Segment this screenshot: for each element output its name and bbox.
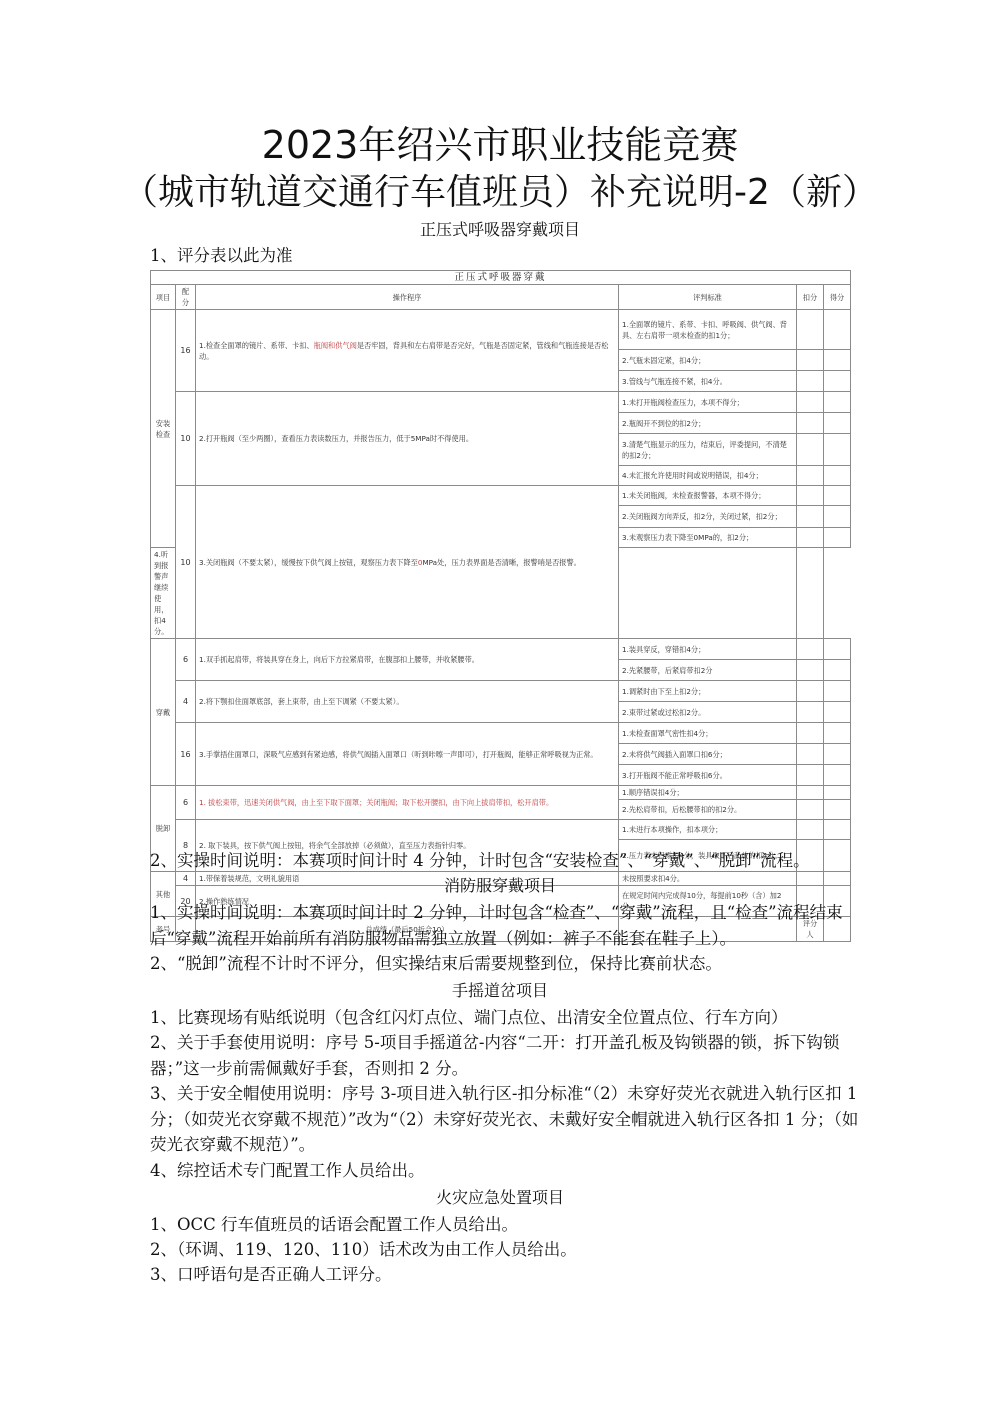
procedure-cell: 3.手掌捂住面罩口，深吸气应感到有紧迫感，将供气阀插入面罩口（听到咔嚓一声即可）… bbox=[196, 723, 619, 786]
deduct-cell[interactable] bbox=[797, 310, 824, 350]
section-item: 2、关于手套使用说明：序号 5-项目手摇道岔-内容“二开：打开盖孔板及钩锁器的锁… bbox=[150, 1030, 860, 1081]
score-table-wrapper: 正压式呼吸器穿戴 项目 配分 操作程序 评判标准 扣分 得分 安装检查 16 1… bbox=[150, 270, 850, 942]
deduct-cell[interactable] bbox=[797, 723, 824, 744]
procedure-cell: 1.检查全面罩的镜片、系带、卡扣、瓶阀和供气阀是否牢固，背具和左右肩带是否完好，… bbox=[196, 310, 619, 392]
group-wear: 穿戴 bbox=[151, 639, 176, 786]
score-cell[interactable] bbox=[824, 660, 851, 681]
criteria-cell: 2.先紧腰带，后紧肩带扣2分 bbox=[619, 660, 797, 681]
criteria-cell: 3.打开瓶阀不能正常呼吸扣6分。 bbox=[619, 765, 797, 786]
criteria-cell: 1.未打开瓶阀检查压力，本项不得分； bbox=[619, 392, 797, 413]
deduct-cell[interactable] bbox=[797, 660, 824, 681]
section-item: 3、口呼语句是否正确人工评分。 bbox=[150, 1262, 860, 1288]
points-cell: 6 bbox=[176, 786, 196, 820]
criteria-cell: 4.未汇报允许使用时间或说明错误，扣4分； bbox=[619, 466, 797, 486]
table-row: 10 3.关闭瓶阀（不要太紧），缓慢按下供气阀上按钮，观察压力表下降至0MPa处… bbox=[151, 486, 851, 506]
section-heading-fire-suit: 消防服穿戴项目 bbox=[0, 875, 1000, 897]
section-item: 1、评分表以此为准 bbox=[150, 243, 860, 269]
criteria-cell: 1.装具穿反，穿错扣4分； bbox=[619, 639, 797, 660]
deduct-cell[interactable] bbox=[797, 786, 824, 800]
deduct-cell[interactable] bbox=[797, 392, 824, 413]
score-cell[interactable] bbox=[824, 506, 851, 528]
deduct-cell[interactable] bbox=[797, 639, 824, 660]
score-cell[interactable] bbox=[824, 466, 851, 486]
points-cell: 10 bbox=[176, 392, 196, 486]
score-cell[interactable] bbox=[824, 702, 851, 723]
score-table: 正压式呼吸器穿戴 项目 配分 操作程序 评判标准 扣分 得分 安装检查 16 1… bbox=[150, 270, 851, 942]
criteria-cell: 2.瓶阀开不到位的扣2分； bbox=[619, 413, 797, 434]
table-row: 8 2. 取下装具，按下供气阀上按钮，将余气全部放掉（必须做），直至压力表指针归… bbox=[151, 820, 851, 840]
score-cell[interactable] bbox=[824, 371, 851, 392]
criteria-cell: 2.未将供气阀插入面罩口扣6分； bbox=[619, 744, 797, 765]
deduct-cell[interactable] bbox=[797, 466, 824, 486]
score-cell[interactable] bbox=[824, 434, 851, 466]
header-criteria: 评判标准 bbox=[619, 285, 797, 310]
score-cell[interactable] bbox=[824, 681, 851, 702]
score-cell[interactable] bbox=[824, 800, 851, 820]
criteria-cell: 1.未关闭瓶阀，未检查报警器，本项不得分； bbox=[619, 486, 797, 506]
criteria-cell: 3.管线与气瓶连接不紧，扣4分。 bbox=[619, 371, 797, 392]
section-item: 2、“脱卸”流程不计时不评分，但实操结束后需要规整到位，保持比赛前状态。 bbox=[150, 951, 860, 977]
section-item: 1、实操时间说明：本赛项时间计时 2 分钟，计时包含“检查”、“穿戴”流程，且“… bbox=[150, 900, 860, 951]
section-item: 2、实操时间说明：本赛项时间计时 4 分钟，计时包含“安装检查”、“穿戴”、“脱… bbox=[150, 848, 860, 874]
header-score: 得分 bbox=[824, 285, 851, 310]
score-cell[interactable] bbox=[824, 350, 851, 371]
group-install-check: 安装检查 bbox=[151, 310, 176, 548]
score-cell[interactable] bbox=[824, 639, 851, 660]
criteria-cell: 1.未检查面罩气密性扣4分； bbox=[619, 723, 797, 744]
score-cell[interactable] bbox=[824, 528, 851, 548]
deduct-cell[interactable] bbox=[797, 681, 824, 702]
points-cell: 10 bbox=[176, 486, 196, 639]
score-cell[interactable] bbox=[824, 310, 851, 350]
procedure-cell-highlighted: 1. 拔松束带，迅速关闭供气阀，由上至下取下面罩；关闭瓶阀；取下松开腰扣，由下向… bbox=[196, 786, 619, 820]
deduct-cell[interactable] bbox=[797, 434, 824, 466]
deduct-cell[interactable] bbox=[797, 702, 824, 723]
deduct-cell[interactable] bbox=[797, 744, 824, 765]
criteria-cell: 3.未观察压力表下降至0MPa的，扣2分； bbox=[619, 528, 797, 548]
table-row: 穿戴 6 1.双手抓起肩带，将装具穿在身上，向后下方拉紧肩带，在腹部扣上腰带，并… bbox=[151, 639, 851, 660]
table-title: 正压式呼吸器穿戴 bbox=[151, 271, 851, 285]
section-item: 1、比赛现场有贴纸说明（包含红闪灯点位、端门点位、出清安全位置点位、行车方向） bbox=[150, 1005, 860, 1031]
deduct-cell[interactable] bbox=[797, 528, 824, 548]
procedure-cell: 1.双手抓起肩带，将装具穿在身上，向后下方拉紧肩带，在腹部扣上腰带，并收紧腰带。 bbox=[196, 639, 619, 681]
criteria-cell: 4.听到报警声继续使用，扣4分。 bbox=[151, 548, 176, 639]
table-row: 10 2.打开瓶阀（至少两圈），查看压力表读数压力，并报告压力，低于5MPa时不… bbox=[151, 392, 851, 413]
score-cell[interactable] bbox=[824, 765, 851, 786]
deduct-cell[interactable] bbox=[619, 548, 797, 639]
criteria-cell: 1.顺序错误扣4分； bbox=[619, 786, 797, 800]
deduct-cell[interactable] bbox=[797, 486, 824, 506]
points-cell: 16 bbox=[176, 310, 196, 392]
table-row: 脱卸 6 1. 拔松束带，迅速关闭供气阀，由上至下取下面罩；关闭瓶阀；取下松开腰… bbox=[151, 786, 851, 800]
criteria-cell: 1.全面罩的镜片、系带、卡扣、呼吸阀、供气阀、背具、左右肩带一项未检查的扣1分； bbox=[619, 310, 797, 350]
section-heading-breathing-apparatus: 正压式呼吸器穿戴项目 bbox=[0, 219, 1000, 241]
header-points: 配分 bbox=[176, 285, 196, 310]
score-cell[interactable] bbox=[824, 786, 851, 800]
section-heading-hand-switch: 手摇道岔项目 bbox=[0, 980, 1000, 1002]
deduct-cell[interactable] bbox=[797, 765, 824, 786]
procedure-cell: 2.打开瓶阀（至少两圈），查看压力表读数压力，并报告压力，低于5MPa时不得使用… bbox=[196, 392, 619, 486]
criteria-cell: 2.气瓶未固定紧，扣4分； bbox=[619, 350, 797, 371]
section-item: 1、OCC 行车值班员的话语会配置工作人员给出。 bbox=[150, 1212, 860, 1238]
document-subtitle: （城市轨道交通行车值班员）补充说明-2（新） bbox=[0, 170, 1000, 216]
score-cell[interactable] bbox=[824, 392, 851, 413]
section-item: 3、关于安全帽使用说明：序号 3-项目进入轨行区-扣分标准“（2）未穿好荧光衣就… bbox=[150, 1081, 860, 1158]
section-heading-fire-emergency: 火灾应急处置项目 bbox=[0, 1187, 1000, 1209]
score-cell[interactable] bbox=[824, 486, 851, 506]
score-cell[interactable] bbox=[824, 744, 851, 765]
deduct-cell[interactable] bbox=[797, 820, 824, 840]
score-cell[interactable] bbox=[824, 413, 851, 434]
table-row: 4 2.将下颚扣住面罩底部，套上束带，由上至下调紧（不要太紧）。 1.调紧时由下… bbox=[151, 681, 851, 702]
criteria-cell: 3.清楚气瓶显示的压力，结束后，评委提问，不清楚的扣2分； bbox=[619, 434, 797, 466]
score-cell[interactable] bbox=[824, 723, 851, 744]
score-cell[interactable] bbox=[797, 548, 824, 639]
header-deduct: 扣分 bbox=[797, 285, 824, 310]
points-cell: 16 bbox=[176, 723, 196, 786]
criteria-cell: 2.束带过紧或过松扣2分。 bbox=[619, 702, 797, 723]
criteria-cell: 2.关闭瓶阀方向弄反，扣2分，关闭过紧，扣2分； bbox=[619, 506, 797, 528]
points-cell: 4 bbox=[176, 681, 196, 723]
header-procedure: 操作程序 bbox=[196, 285, 619, 310]
criteria-cell: 2.先松肩带扣，后松腰带扣的扣2分。 bbox=[619, 800, 797, 820]
criteria-cell: 1.调紧时由下至上扣2分； bbox=[619, 681, 797, 702]
highlight-text: 瓶阀和供气阀 bbox=[314, 341, 357, 350]
header-item: 项目 bbox=[151, 285, 176, 310]
score-cell[interactable] bbox=[824, 820, 851, 840]
procedure-cell: 3.关闭瓶阀（不要太紧），缓慢按下供气阀上按钮，观察压力表下降至0MPa处，压力… bbox=[196, 486, 619, 639]
document-title: 2023年绍兴市职业技能竞赛 bbox=[0, 122, 1000, 168]
criteria-cell: 1.未进行本项操作，扣本项分； bbox=[619, 820, 797, 840]
section-item: 2、（环调、119、120、110）话术改为由工作人员给出。 bbox=[150, 1237, 860, 1263]
deduct-cell[interactable] bbox=[797, 506, 824, 528]
points-cell: 6 bbox=[176, 639, 196, 681]
table-row: 16 3.手掌捂住面罩口，深吸气应感到有紧迫感，将供气阀插入面罩口（听到咔嚓一声… bbox=[151, 723, 851, 744]
table-row: 安装检查 16 1.检查全面罩的镜片、系带、卡扣、瓶阀和供气阀是否牢固，背具和左… bbox=[151, 310, 851, 350]
deduct-cell[interactable] bbox=[797, 800, 824, 820]
deduct-cell[interactable] bbox=[797, 413, 824, 434]
section-item: 4、综控话术专门配置工作人员给出。 bbox=[150, 1158, 860, 1184]
deduct-cell[interactable] bbox=[797, 350, 824, 371]
procedure-cell: 2.将下颚扣住面罩底部，套上束带，由上至下调紧（不要太紧）。 bbox=[196, 681, 619, 723]
document-page: 2023年绍兴市职业技能竞赛 （城市轨道交通行车值班员）补充说明-2（新） 正压… bbox=[0, 0, 1000, 1414]
deduct-cell[interactable] bbox=[797, 371, 824, 392]
